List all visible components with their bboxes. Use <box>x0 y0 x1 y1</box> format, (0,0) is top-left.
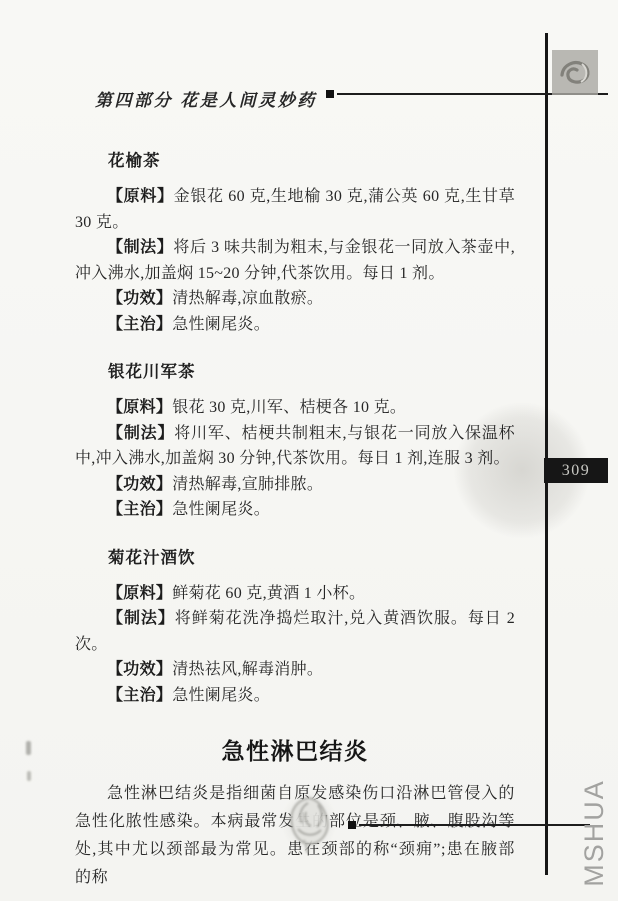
chapter-title: 急性淋巴结炎 <box>75 733 515 766</box>
entry-label: 【主治】 <box>107 687 172 704</box>
recipe-entry: 【原料】金银花 60 克,生地榆 30 克,蒲公英 60 克,生甘草 30 克。 <box>75 184 515 235</box>
entry-text: 清热解毒,凉血散瘀。 <box>172 290 323 307</box>
recipe-entry: 【原料】银花 30 克,川军、桔梗各 10 克。 <box>75 395 515 421</box>
scan-artifact <box>26 741 31 755</box>
recipe-title: 菊花汁酒饮 <box>108 544 515 568</box>
recipe-title: 花榆茶 <box>108 147 515 171</box>
book-page: 第四部分 花是人间灵妙药 309 花榆茶 【原料】金银花 60 克,生地榆 30… <box>0 0 618 901</box>
recipe-yinhua-chuanjun-cha: 银花川军茶 【原料】银花 30 克,川军、桔梗各 10 克。 【制法】将川军、桔… <box>75 358 515 523</box>
entry-text: 银花 30 克,川军、桔梗各 10 克。 <box>172 399 406 416</box>
entry-label: 【原料】 <box>107 399 172 416</box>
scan-artifact <box>27 771 31 781</box>
mshua-watermark: MSHUA <box>579 761 609 901</box>
entry-label: 【原料】 <box>107 585 172 602</box>
entry-text: 清热解毒,宣肺排脓。 <box>172 476 323 493</box>
entry-label: 【主治】 <box>107 316 172 333</box>
right-vertical-rule <box>545 33 548 875</box>
entry-text: 急性阑尾炎。 <box>172 501 270 518</box>
page-number-badge: 309 <box>544 458 608 483</box>
recipe-entry: 【制法】将鲜菊花洗净捣烂取汁,兑入黄酒饮服。每日 2 次。 <box>75 606 515 657</box>
recipe-entry: 【制法】将川军、桔梗共制粗末,与银花一同放入保温杯中,冲入沸水,加盖焖 30 分… <box>75 421 515 472</box>
footer-rule <box>359 824 590 826</box>
entry-label: 【功效】 <box>107 661 172 678</box>
recipe-entry: 【原料】鲜菊花 60 克,黄酒 1 小杯。 <box>75 581 515 607</box>
recipe-juhua-zhijiu-yin: 菊花汁酒饮 【原料】鲜菊花 60 克,黄酒 1 小杯。 【制法】将鲜菊花洗净捣烂… <box>75 544 515 709</box>
running-header: 第四部分 花是人间灵妙药 <box>95 86 335 111</box>
flower-watermark-icon <box>282 792 336 854</box>
entry-label: 【制法】 <box>107 610 175 627</box>
recipe-entry: 【主治】急性阑尾炎。 <box>75 312 515 338</box>
entry-text: 清热祛风,解毒消肿。 <box>172 661 323 678</box>
entry-label: 【功效】 <box>107 290 172 307</box>
entry-label: 【原料】 <box>107 188 174 205</box>
recipe-title: 银花川军茶 <box>108 358 515 382</box>
recipe-huayucha: 花榆茶 【原料】金银花 60 克,生地榆 30 克,蒲公英 60 克,生甘草 3… <box>75 147 515 337</box>
recipe-entry: 【功效】清热解毒,凉血散瘀。 <box>75 286 515 312</box>
footer-square-bullet <box>348 821 356 829</box>
entry-text: 鲜菊花 60 克,黄酒 1 小杯。 <box>172 585 365 602</box>
entry-label: 【制法】 <box>107 239 173 256</box>
entry-label: 【主治】 <box>107 501 172 518</box>
recipe-entry: 【功效】清热解毒,宣肺排脓。 <box>75 472 515 498</box>
entry-label: 【制法】 <box>107 425 174 442</box>
recipe-entry: 【制法】将后 3 味共制为粗末,与金银花一同放入茶壶中,冲入沸水,加盖焖 15~… <box>75 235 515 286</box>
recipe-entry: 【功效】清热祛风,解毒消肿。 <box>75 657 515 683</box>
entry-text: 急性阑尾炎。 <box>172 316 270 333</box>
recipe-entry: 【主治】急性阑尾炎。 <box>75 683 515 709</box>
recipe-entry: 【主治】急性阑尾炎。 <box>75 497 515 523</box>
content-column: 花榆茶 【原料】金银花 60 克,生地榆 30 克,蒲公英 60 克,生甘草 3… <box>75 147 515 892</box>
entry-label: 【功效】 <box>107 476 172 493</box>
flower-photo-icon <box>552 50 598 95</box>
entry-text: 急性阑尾炎。 <box>172 687 270 704</box>
